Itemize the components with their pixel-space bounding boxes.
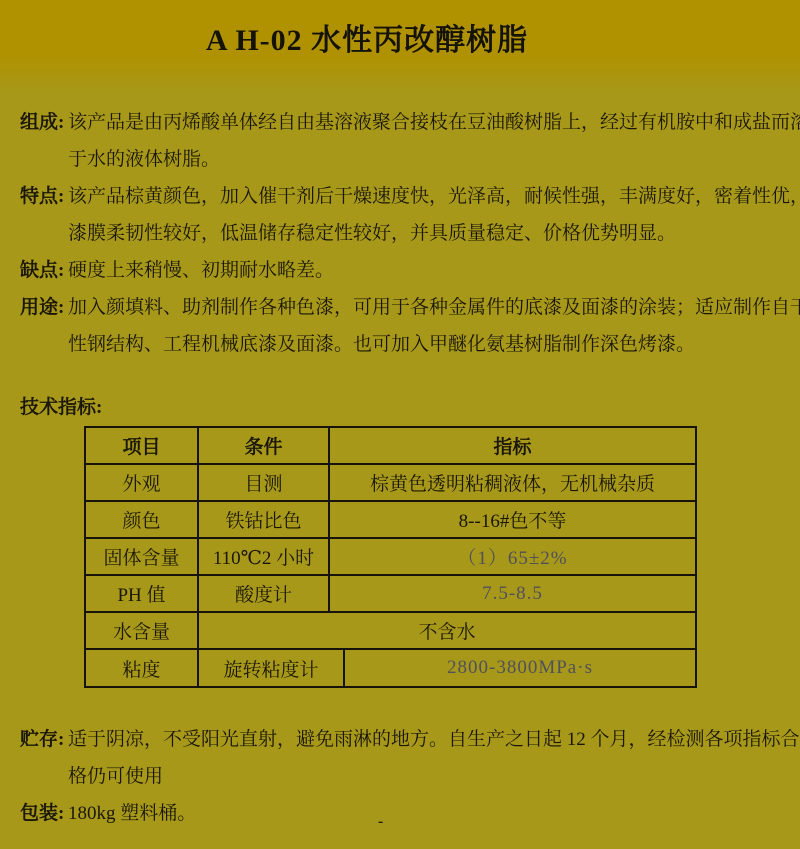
text-line: 硬度上来稍慢、初期耐水略差。 [68,252,796,289]
cell-item: PH 值 [86,576,199,611]
text-line: 格仍可使用 [68,758,800,795]
header-cell-item: 项目 [86,428,199,463]
cell-spec: 8--16#色不等 [330,502,695,537]
table-row-viscosity: 粘度 旋转粘度计 2800-3800MPa·s [86,650,695,686]
cell-condition: 110℃2 小时 [199,539,330,574]
footer-sections: 贮存: 适于阴凉，不受阳光直射，避免雨淋的地方。自生产之日起 12 个月，经检测… [0,721,800,832]
cell-condition: 旋转粘度计 [199,650,345,686]
text-line: 加入颜填料、助剂制作各种色漆，可用于各种金属件的底漆及面漆的涂装；适应制作自干 [68,289,800,326]
description-sections: 组成: 该产品是由丙烯酸单体经自由基溶液聚合接枝在豆油酸树脂上，经过有机胺中和成… [0,104,800,363]
section-applications: 用途: 加入颜填料、助剂制作各种色漆，可用于各种金属件的底漆及面漆的涂装；适应制… [20,289,796,363]
section-packaging-label: 包装: [20,795,68,832]
page-title: A H-02 水性丙改醇树脂 [0,0,800,60]
text-line: 漆膜柔韧性较好，低温储存稳定性较好，并具质量稳定、价格优势明显。 [68,215,800,252]
cell-spec-merged: 不含水 [199,613,695,648]
text-line: 适于阴凉，不受阳光直射，避免雨淋的地方。自生产之日起 12 个月，经检测各项指标… [68,721,800,758]
table-header-row: 项目 条件 指标 [86,428,695,465]
cell-item: 外观 [86,465,199,500]
section-features-label: 特点: [20,178,68,215]
text-line: 该产品棕黄颜色，加入催干剂后干燥速度快，光泽高，耐候性强，丰满度好，密着性优， [68,178,800,215]
section-drawbacks: 缺点: 硬度上来稍慢、初期耐水略差。 [20,252,796,289]
cell-condition: 铁钴比色 [199,502,330,537]
cell-condition: 酸度计 [199,576,330,611]
section-drawbacks-label: 缺点: [20,252,68,289]
text-line: 该产品是由丙烯酸单体经自由基溶液聚合接枝在豆油酸树脂上，经过有机胺中和成盐而溶 [68,104,800,141]
tech-specs-table: 项目 条件 指标 外观 目测 棕黄色透明粘稠液体，无机械杂质 颜色 铁钴比色 8… [84,426,697,688]
section-storage: 贮存: 适于阴凉，不受阳光直射，避免雨淋的地方。自生产之日起 12 个月，经检测… [20,721,796,795]
section-packaging: 包装: 180kg 塑料桶。 [20,795,796,832]
cell-item: 固体含量 [86,539,199,574]
text-line: 180kg 塑料桶。 [68,795,796,832]
cell-condition: 目测 [199,465,330,500]
section-applications-text: 加入颜填料、助剂制作各种色漆，可用于各种金属件的底漆及面漆的涂装；适应制作自干 … [68,289,800,363]
stray-mark: - [378,814,383,830]
text-line: 性钢结构、工程机械底漆及面漆。也可加入甲醚化氨基树脂制作深色烤漆。 [68,326,800,363]
section-packaging-text: 180kg 塑料桶。 [68,795,796,832]
section-storage-label: 贮存: [20,721,68,758]
section-storage-text: 适于阴凉，不受阳光直射，避免雨淋的地方。自生产之日起 12 个月，经检测各项指标… [68,721,800,795]
table-row-solid-content: 固体含量 110℃2 小时 （1）65±2% [86,539,695,576]
table-row-color: 颜色 铁钴比色 8--16#色不等 [86,502,695,539]
header-cell-spec: 指标 [330,428,695,463]
section-drawbacks-text: 硬度上来稍慢、初期耐水略差。 [68,252,796,289]
table-row-water-content: 水含量 不含水 [86,613,695,650]
section-features-text: 该产品棕黄颜色，加入催干剂后干燥速度快，光泽高，耐候性强，丰满度好，密着性优， … [68,178,800,252]
cell-spec: 2800-3800MPa·s [345,650,695,686]
section-composition-label: 组成: [20,104,68,141]
section-applications-label: 用途: [20,289,68,326]
product-datasheet-page: { "page": { "title": "A H-02 水性丙改醇树脂" },… [0,0,800,849]
text-line: 于水的液体树脂。 [68,141,800,178]
header-cell-condition: 条件 [199,428,330,463]
cell-spec: （1）65±2% [330,539,695,574]
cell-spec: 棕黄色透明粘稠液体，无机械杂质 [330,465,695,500]
cell-item: 颜色 [86,502,199,537]
section-composition: 组成: 该产品是由丙烯酸单体经自由基溶液聚合接枝在豆油酸树脂上，经过有机胺中和成… [20,104,796,178]
section-composition-text: 该产品是由丙烯酸单体经自由基溶液聚合接枝在豆油酸树脂上，经过有机胺中和成盐而溶 … [68,104,800,178]
cell-spec: 7.5-8.5 [330,576,695,611]
cell-item: 水含量 [86,613,199,648]
table-row-ph: PH 值 酸度计 7.5-8.5 [86,576,695,613]
table-row-appearance: 外观 目测 棕黄色透明粘稠液体，无机械杂质 [86,465,695,502]
cell-item: 粘度 [86,650,199,686]
section-features: 特点: 该产品棕黄颜色，加入催干剂后干燥速度快，光泽高，耐候性强，丰满度好，密着… [20,178,796,252]
tech-specs-heading: 技术指标: [0,389,800,426]
